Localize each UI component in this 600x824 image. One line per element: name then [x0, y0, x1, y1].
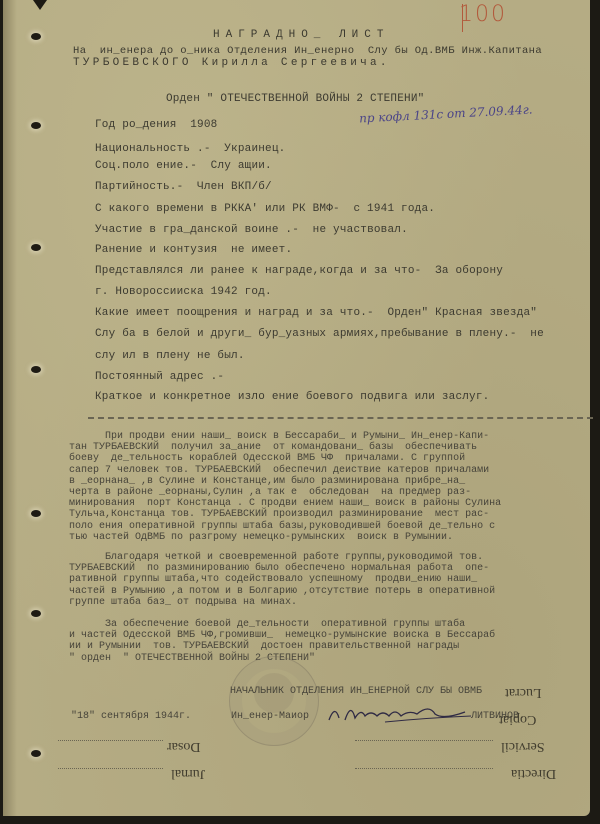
punch-hole-icon — [31, 122, 41, 129]
field-label: Ранение и контузия — [95, 244, 217, 256]
archive-number: 100 — [459, 2, 507, 27]
narrative-line: тан ТУРБАЕВСКИЙ получил за_ание от коман… — [69, 443, 477, 453]
field-row: Представлялся ли ранее к награде,когда и… — [95, 266, 503, 277]
punch-hole-icon — [31, 510, 41, 517]
field-value: Орден" Красная звезда" — [387, 307, 537, 319]
field-row: Слу ба в белой и други_ бур_уазных армия… — [95, 329, 544, 340]
field-row: Участие в гра_данской воине .- не участв… — [95, 225, 408, 236]
narrative-line: минирования порт Констанца . С продви ен… — [69, 499, 501, 509]
narrative-line: боеву де_тельность кораблей Одесской ВМБ… — [69, 454, 465, 464]
narrative-line: группе штаба баз_ от подрыва на минах. — [69, 598, 297, 608]
punch-hole-icon — [31, 244, 41, 251]
narrative-line: тью частей ОдВМБ по разгрому немецко-рум… — [69, 533, 453, 543]
footer-label-copiat: Copiat — [499, 711, 536, 727]
signatory-position: НАЧАЛЬНИК ОТДЕЛЕНИЯ ИН_ЕНЕРНОЙ СЛУ БЫ ОВ… — [230, 687, 482, 697]
signatory-rank: Ин_енер-Маиор — [231, 712, 309, 722]
narrative-line: Тульча,Констанца тов. ТУРБАЕВСКИЙ произв… — [69, 510, 489, 520]
field-row: г. Новороссииска 1942 год. — [95, 287, 272, 298]
footer-label-jurnal: Jurnal — [171, 765, 205, 781]
field-label: Партийность.- — [95, 181, 183, 193]
field-label: Краткое и конкретное изло ение боевого п… — [95, 391, 489, 403]
page-notch — [33, 0, 47, 10]
footer-dotted-line — [58, 768, 163, 769]
handwritten-note: пр кофл 131с от 27.09.44г. — [359, 102, 533, 125]
narrative-line: При продви ении наши_ воиск в Бессараби_… — [69, 432, 489, 442]
field-label: Участие в гра_данской воине .- — [95, 224, 299, 236]
punch-hole-icon — [31, 366, 41, 373]
award-sheet-page: 100 НАГРАДНО_ ЛИСТ На ин_енера до о_ника… — [3, 0, 590, 816]
field-label: Соц.поло ение.- — [95, 160, 197, 172]
narrative-line: поло ения оперативной группы штаба базы,… — [69, 522, 495, 532]
footer-label-dosar: Dosar — [167, 738, 200, 754]
footer-label-servicil: Servicil — [501, 738, 545, 754]
field-row: Соц.поло ение.- Слу ащии. — [95, 161, 272, 172]
field-value: Слу ащии. — [211, 160, 272, 172]
narrative-line: ТУРБАЕВСКИЙ по разминированию было обесп… — [69, 564, 489, 574]
narrative-line: сапер 7 человек тов. ТУРБАЕВСКИЙ обеспеч… — [69, 466, 489, 476]
field-label: Какие имеет поощрения и наград и за что.… — [95, 307, 374, 319]
narrative-line: ративной группы штаба,что содействовало … — [69, 575, 477, 585]
field-value: с 1941 года. — [353, 203, 435, 215]
narrative-line: За обеспечение боевой де_тельности опера… — [69, 620, 465, 630]
field-label: Постоянный адрес .- — [95, 371, 224, 383]
narrative-line: в _еорнана_ ,в Сулине и Констанце,им был… — [69, 477, 465, 487]
recipient-line-1: На ин_енера до о_ника Отделения Ин_енерн… — [73, 46, 542, 57]
field-row: Постоянный адрес .- — [95, 372, 224, 383]
seal-stamp-icon — [229, 656, 319, 746]
field-row: С какого времени в РККА' или РК ВМФ- с 1… — [95, 204, 435, 215]
field-row: Какие имеет поощрения и наград и за что.… — [95, 308, 537, 319]
field-row: слу ил в плену не был. — [95, 351, 245, 362]
narrative-line: ии и Румынии тов. ТУРБАЕВСКИЙ достоен пр… — [69, 642, 459, 652]
award-order-line: Орден " ОТЕЧЕСТВЕННОЙ ВОЙНЫ 2 СТЕПЕНИ" — [166, 94, 424, 105]
narrative-line: черта в районе _еорнаны,Сулин ,а так е о… — [69, 488, 471, 498]
field-value: не участвовал. — [313, 224, 408, 236]
narrative-line: частей в Румынию ,а потом и в Болгарию ,… — [69, 587, 495, 597]
field-value: 1908 — [190, 119, 217, 131]
footer-dotted-line — [355, 768, 493, 769]
narrative-line: Благодаря четкой и своевременной работе … — [69, 553, 483, 563]
field-label: С какого времени в РККА' или РК ВМФ- — [95, 203, 340, 215]
footer-label-lucrat: Lucrat — [505, 684, 542, 700]
narrative-line: и частей Одесской ВМБ ЧФ,громивши_ немец… — [69, 631, 495, 641]
field-label: Национальность .- — [95, 143, 211, 155]
punch-hole-icon — [31, 610, 41, 617]
punch-hole-icon — [31, 33, 41, 40]
field-label: Представлялся ли ранее к награде,когда и… — [95, 265, 421, 277]
field-row: Ранение и контузия не имеет. — [95, 245, 292, 256]
field-row: Партийность.- Член ВКП/б/ — [95, 182, 272, 193]
section-divider — [88, 417, 593, 420]
footer-dotted-line — [58, 740, 163, 741]
footer-label-directia: Directia — [511, 765, 556, 781]
field-value: За оборону — [435, 265, 503, 277]
recipient-name: ТУРБОЕВСКОГО Кирилла Сергеевича. — [73, 58, 390, 69]
handwritten-signature-icon — [325, 700, 475, 726]
field-value: Член ВКП/б/ — [197, 181, 272, 193]
document-title: НАГРАДНО_ ЛИСТ — [213, 30, 389, 41]
field-value: г. Новороссииска 1942 год. — [95, 286, 272, 298]
footer-dotted-line — [355, 740, 493, 741]
field-value: не — [530, 328, 544, 340]
field-row: Краткое и конкретное изло ение боевого п… — [95, 392, 489, 403]
field-value: не имеет. — [231, 244, 292, 256]
field-row: Год ро_дения 1908 — [95, 120, 217, 131]
punch-hole-icon — [31, 750, 41, 757]
field-label: Слу ба в белой и други_ бур_уазных армия… — [95, 328, 517, 340]
field-label: Год ро_дения — [95, 119, 177, 131]
field-row: Национальность .- Украинец. — [95, 144, 285, 155]
field-value: слу ил в плену не был. — [95, 350, 245, 362]
signature-date: "18" сентября 1944г. — [71, 712, 191, 722]
field-value: Украинец. — [224, 143, 285, 155]
